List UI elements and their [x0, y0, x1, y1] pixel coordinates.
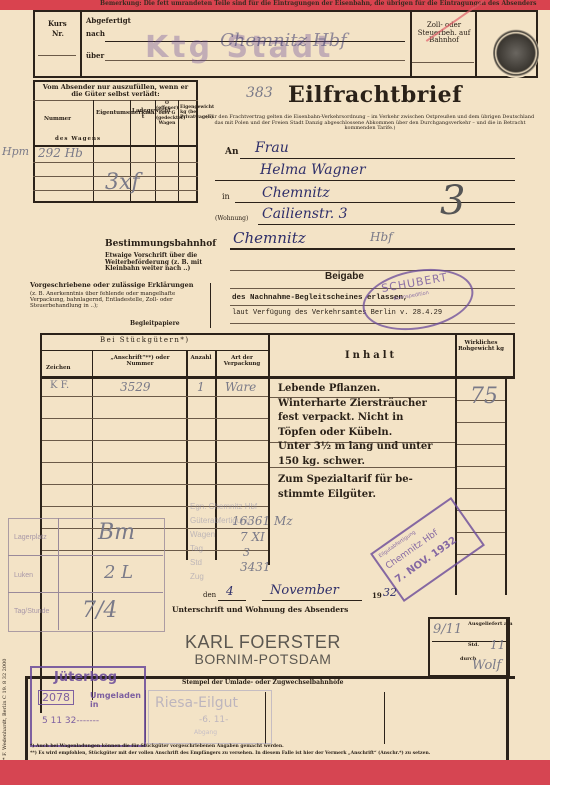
col-wagentyp: O (offener) oder G (gedeckter) Wagen: [156, 102, 178, 127]
goods-gewicht-value: 75: [470, 384, 498, 409]
col-zeichen: Zeichen: [46, 365, 70, 371]
goods-verpackung-value: Ware: [225, 380, 256, 394]
goods-anzahl-value: 1: [197, 380, 205, 394]
nach-label: nach: [86, 30, 105, 38]
wohnung-label: (Wohnung): [215, 216, 248, 223]
tagstunde-value: 7/4: [82, 598, 117, 623]
col-eigentumsmerkmal: Eigentumsmerkmal: [96, 110, 128, 116]
zug-value: 3431: [240, 560, 271, 574]
date-month: November: [270, 583, 339, 598]
margin-pencil-note: Hpm: [2, 145, 29, 158]
in-label: in: [222, 193, 230, 202]
des-wagens-label: des Wagens: [55, 136, 101, 142]
sender-stamp: KARL FOERSTER BORNIM-POTSDAM: [185, 633, 341, 667]
inhalt-description: Lebende Pflanzen. Winterharte Ziersträuc…: [278, 382, 453, 502]
goods-nummer-value: 3529: [120, 380, 151, 394]
recipient-big-number: 3: [440, 178, 465, 224]
pencil-number: 383: [246, 85, 273, 101]
station-mark: Hbf: [370, 230, 393, 244]
sender-name: KARL FOERSTER: [185, 633, 341, 652]
recipient-street: Cailienstr. 3: [262, 206, 348, 222]
abgefertigt-label: Abgefertigt: [86, 17, 131, 25]
freight-document: Bemerkung: Die fett umrandeten Teile sin…: [0, 0, 550, 785]
zoll-label: Zoll- oder Steuerbeh. auf Bahnhof: [415, 22, 473, 45]
wagon-table-heading: Vom Absender nur auszufüllen, wenn er di…: [38, 84, 193, 98]
footnote-1: *) Auch bei Wagenladungen können die für…: [30, 745, 510, 750]
wagen-value: 16361 Mz: [232, 514, 293, 528]
transfer-heading: Stempel der Umlade- oder Zugwechselbahnh…: [182, 680, 344, 687]
delivery-hour: 11: [490, 638, 505, 652]
col-gewicht: Wirkliches Rohgewicht kg: [458, 340, 504, 352]
sender-place: BORNIM-POTSDAM: [185, 652, 341, 667]
bottom-red-band: [0, 760, 550, 785]
beigabe-title: Beigabe: [325, 271, 364, 282]
begleitpapiere-label: Begleitpapiere: [130, 321, 180, 328]
goods-zeichen-value: K F.: [50, 380, 69, 391]
std-label: Std.: [468, 643, 479, 649]
den-label: den: [203, 592, 216, 600]
nr-label: Nr.: [52, 30, 64, 38]
date-day: 4: [226, 584, 234, 598]
col-eigengewicht: Eigengewicht kg (bei Privatwagen): [180, 106, 198, 121]
handwritten-destination: Chemnitz Hbf: [220, 30, 347, 51]
ueber-label: über: [86, 52, 104, 60]
tagstunde-label: Tag/Stunde: [14, 608, 49, 615]
luken-value: 2 L: [104, 562, 133, 583]
footnote-2: **) Es wird empfohlen, Stückgüter mit de…: [30, 752, 510, 757]
std-value: 3: [243, 546, 250, 559]
margin-printer-imprint: * F. Wedenhardt, Berlin C 19. 8 32 2000: [2, 748, 8, 760]
bestimmungsbahnhof-note: Etwaige Vorschrift über die Weiterbeförd…: [105, 253, 215, 273]
delivery-by: Wolf: [472, 658, 501, 673]
stueckgueter-header: Bei Stückgütern*): [100, 337, 190, 345]
col-anzahl: Anzahl: [188, 355, 214, 361]
riesa-stamp: Riesa-Eilgut -6. 11- Abgang: [148, 690, 272, 744]
railway-seal-icon: [493, 28, 539, 78]
col-inhalt: Inhalt: [345, 350, 397, 361]
col-verpackung: Art der Verpackung: [218, 355, 266, 367]
col-nummer: Nummer: [44, 116, 71, 122]
col-ladegewicht: Ladegewicht t: [132, 108, 154, 120]
erklaerungen-text: (z. B. Anerkenntnis über fehlende oder m…: [30, 291, 205, 309]
date-year: 32: [383, 586, 397, 599]
recipient-city: Chemnitz: [262, 185, 330, 201]
schubert-stamp: SCHUBERT Bahnspedition: [358, 261, 479, 339]
year-prefix: 19: [372, 592, 382, 600]
tag-value: 7 XI: [240, 530, 265, 544]
top-red-band: Bemerkung: Die fett umrandeten Teile sin…: [0, 0, 550, 10]
recipient-name: Helma Wagner: [260, 162, 366, 178]
lagerplatz-value: Bm: [98, 520, 135, 545]
kurs-label: Kurs: [48, 20, 67, 28]
lagerplatz-label: Lagerplatz: [14, 534, 47, 541]
recipient-salutation: Frau: [255, 140, 289, 156]
legal-note: (Für den Frachtvertrag gelten die Eisenb…: [205, 115, 535, 132]
erklaerungen-title: Vorgeschriebene oder zulässige Erklärung…: [30, 282, 193, 289]
destination-station: Chemnitz: [233, 229, 306, 247]
delivery-date: 9/11: [433, 622, 462, 637]
luken-label: Luken: [14, 572, 33, 579]
an-label: An: [225, 148, 239, 158]
wagon-scribble: 3xf: [105, 170, 140, 195]
header-strip-text: Bemerkung: Die fett umrandeten Teile sin…: [100, 0, 536, 7]
document-title: Eilfrachtbrief: [288, 82, 462, 108]
col-anschrift: „Anschrift“**) oder Nummer: [100, 355, 180, 367]
jueterbog-stamp: Jüterbog 2078 Umgeladen in 5 11 32------…: [30, 666, 146, 747]
signature-caption: Unterschrift und Wohnung des Absenders: [172, 606, 348, 614]
bestimmungsbahnhof-title: Bestimmungsbahnhof: [105, 240, 216, 250]
wagon-number-value: 292 Hb: [38, 146, 83, 160]
